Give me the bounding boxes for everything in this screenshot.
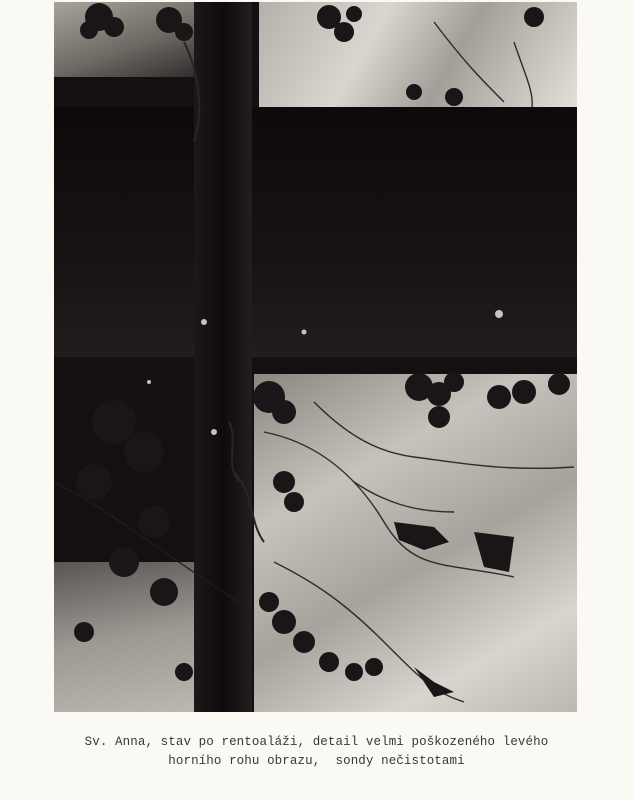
caption-line-1: Sv. Anna, stav po rentoaláži, detail vel… <box>0 733 633 752</box>
photo-caption: Sv. Anna, stav po rentoaláži, detail vel… <box>0 733 633 771</box>
caption-line-2: horního rohu obrazu, sondy nečistotami <box>0 752 633 771</box>
foliage-and-cracks-overlay <box>54 2 577 712</box>
painting-detail-photograph <box>54 2 577 712</box>
